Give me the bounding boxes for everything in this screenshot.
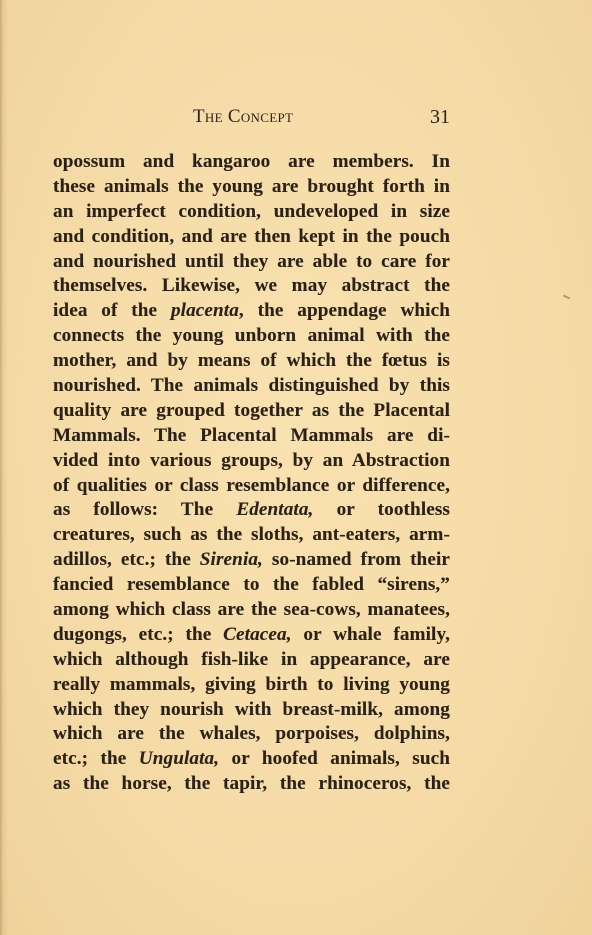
text-line: really mammals, giving birth to living y… xyxy=(53,673,450,698)
text-line: opossum and kangaroo are members. In xyxy=(53,150,450,175)
text-line: Mammals. The Placental Mammals are di- xyxy=(53,424,450,449)
text-line: nourished. The animals distinguished by … xyxy=(53,374,450,399)
body-text: opossum and kangaroo are members. In the… xyxy=(53,150,450,797)
italic-term: placenta xyxy=(171,300,239,321)
text-line: an imperfect condition, undeveloped in s… xyxy=(53,200,450,225)
text-line: dugongs, etc.; the Cetacea, or whale fam… xyxy=(53,623,450,648)
text-line: as the horse, the tapir, the rhinoceros,… xyxy=(53,772,450,797)
italic-term: Ungulata, xyxy=(139,748,219,769)
text-line: which they nourish with breast-milk, amo… xyxy=(53,698,450,723)
running-title: The Concept xyxy=(193,106,293,128)
text-line: adillos, etc.; the Sirenia, so-named fro… xyxy=(53,548,450,573)
text-line: and condition, and are then kept in the … xyxy=(53,225,450,250)
book-page: The Concept 31 opossum and kangaroo are … xyxy=(0,0,592,935)
page-number: 31 xyxy=(430,106,450,129)
italic-term: Edentata, xyxy=(236,499,313,520)
text-line: of qualities or class resemblance or dif… xyxy=(53,474,450,499)
text-line: quality are grouped together as the Plac… xyxy=(53,399,450,424)
text-line: idea of the placenta, the appendage whic… xyxy=(53,299,450,324)
text-line: mother, and by means of which the fœtus … xyxy=(53,349,450,374)
text-line: and nourished until they are able to car… xyxy=(53,250,450,275)
text-line: vided into various groups, by an Abstrac… xyxy=(53,449,450,474)
text-line: as follows: The Edentata, or toothless xyxy=(53,498,450,523)
text-line: which although fish-like in appearance, … xyxy=(53,648,450,673)
text-line: among which class are the sea-cows, mana… xyxy=(53,598,450,623)
text-line: which are the whales, porpoises, dolphin… xyxy=(53,722,450,747)
italic-term: Cetacea, xyxy=(223,624,291,645)
running-head: The Concept 31 xyxy=(53,106,450,136)
text-line: fancied resemblance to the fabled “siren… xyxy=(53,573,450,598)
text-line: themselves. Likewise, we may abstract th… xyxy=(53,274,450,299)
italic-term: Sirenia, xyxy=(200,549,263,570)
text-line: creatures, such as the sloths, ant-eater… xyxy=(53,523,450,548)
text-line: etc.; the Ungulata, or hoofed animals, s… xyxy=(53,747,450,772)
paper-blemish xyxy=(563,295,570,300)
text-line: these animals the young are brought fort… xyxy=(53,175,450,200)
text-line: connects the young unborn animal with th… xyxy=(53,324,450,349)
